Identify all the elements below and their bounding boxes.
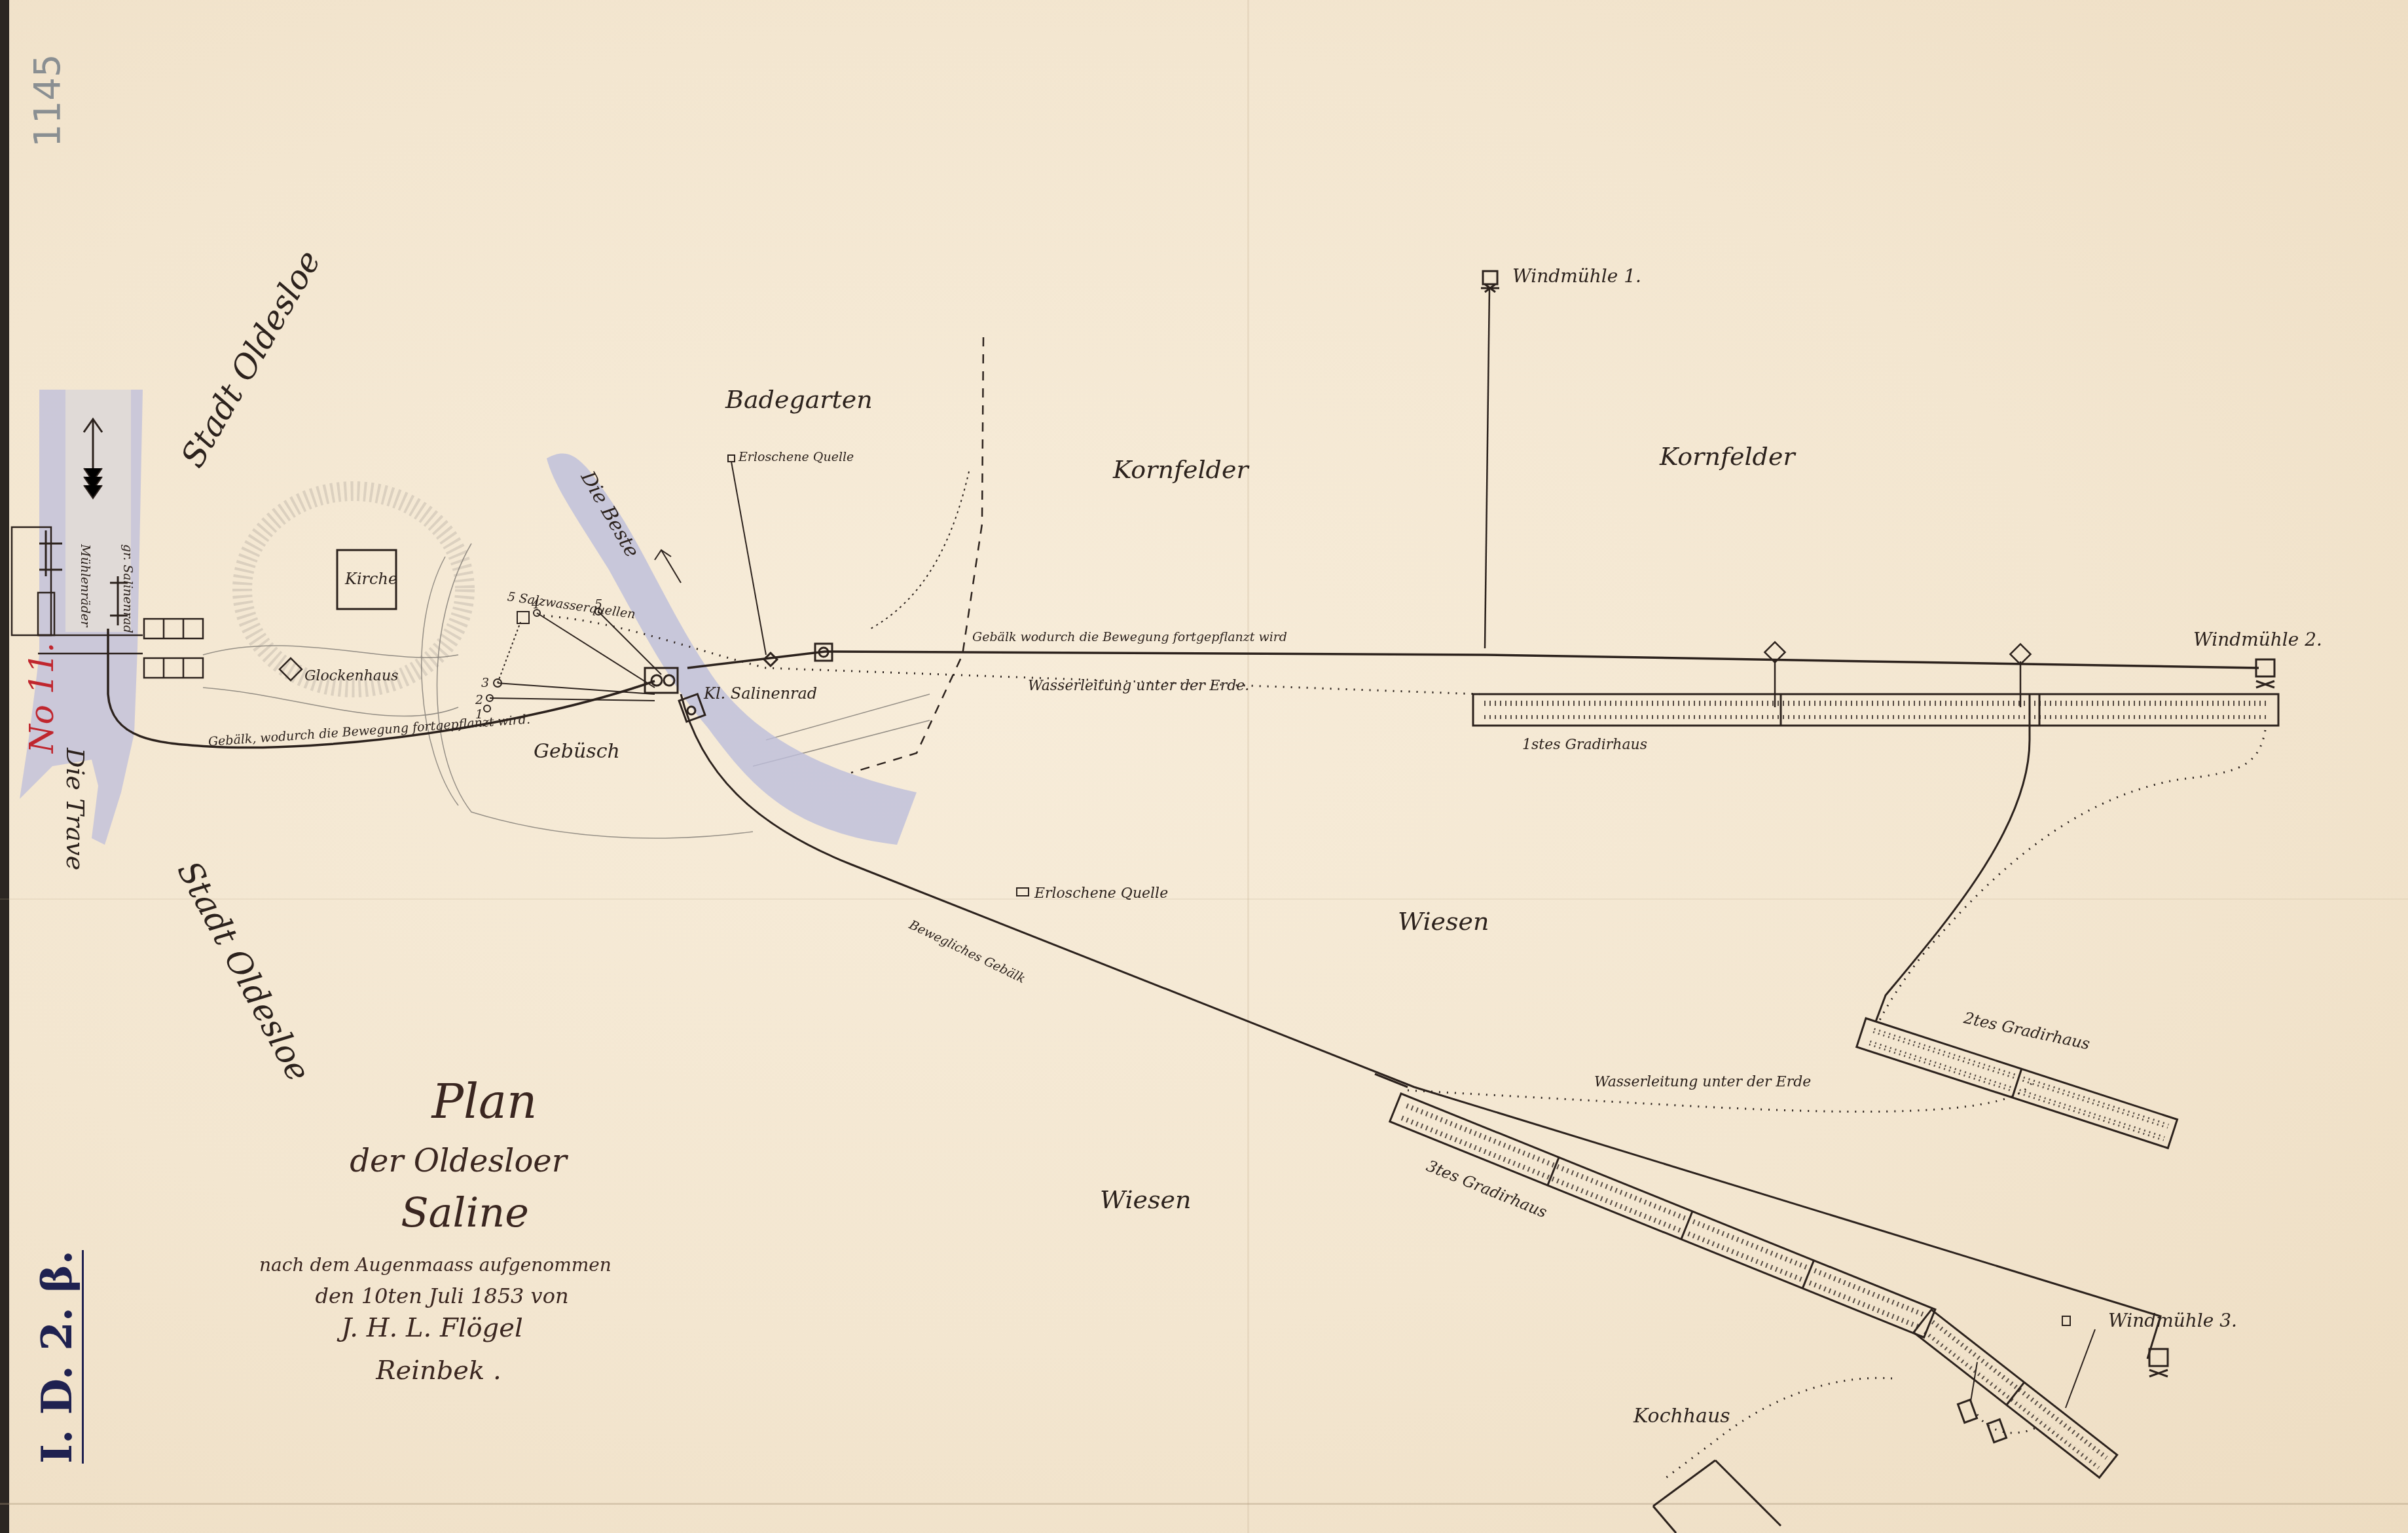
red-archive-number: No 11. <box>23 642 61 753</box>
gradirhaus-1 <box>1473 694 2278 726</box>
label-badegarten: Badegarten <box>725 385 873 414</box>
title-der-oldesloer: der Oldesloer <box>327 1143 589 1179</box>
line-posts <box>1764 642 2030 707</box>
shelf-mark: I. D. 2. β. <box>33 1250 84 1464</box>
salt-springs <box>484 608 661 712</box>
map-sheet: 1145 No 11. I. D. 2. β. Stadt Oldesloe S… <box>0 0 2408 1533</box>
label-muehlenraeder: Mühlenräder <box>78 544 92 627</box>
label-kl-salinenrad: Kl. Salinenrad <box>704 684 817 703</box>
label-windmuehle-3: Windmühle 3. <box>2108 1310 2237 1331</box>
label-kornfelder-1: Kornfelder <box>1113 455 1249 484</box>
spring-number-4: 4 <box>532 597 539 612</box>
label-wiesen-2: Wiesen <box>1100 1185 1192 1214</box>
label-windmuehle-2: Windmühle 2. <box>2193 629 2322 650</box>
label-wiesen-1: Wiesen <box>1398 907 1489 936</box>
gradirhaus-3 <box>1375 1074 2117 1477</box>
title-place: Reinbek . <box>340 1356 537 1386</box>
label-die-trave: Die Trave <box>61 748 90 870</box>
label-glockenhaus: Glockenhaus <box>304 668 398 684</box>
label-kirche: Kirche <box>345 570 397 588</box>
spring-number-2: 2 <box>475 693 483 707</box>
label-kochhaus: Kochhaus <box>1633 1405 1730 1428</box>
windmills <box>1481 271 2274 1376</box>
label-erloschene-quelle-2: Erloschene Quelle <box>1034 885 1168 902</box>
title-saline: Saline <box>367 1189 563 1236</box>
label-erloschene-quelle-1: Erloschene Quelle <box>739 450 854 464</box>
gradirhaus-2-line <box>1876 694 2030 1022</box>
label-wasserleitung-2: Wasserleitung unter der Erde <box>1594 1074 1811 1090</box>
pencil-archive-number: 1145 <box>26 54 69 147</box>
label-wasserleitung-1: Wasserleitung unter der Erde. <box>1028 678 1249 694</box>
label-gr-salinenrad: gr. Salinenrad <box>120 544 135 633</box>
windmill-1-line <box>1485 288 1489 648</box>
label-gradirhaus-1: 1stes Gradirhaus <box>1522 737 1647 753</box>
title-date: den 10ten Juli 1853 von <box>246 1284 638 1308</box>
label-gebuesch: Gebüsch <box>534 740 620 763</box>
label-windmuehle-1: Windmühle 1. <box>1512 265 1641 287</box>
spring-number-3: 3 <box>481 676 489 690</box>
gebaelk-line-east <box>687 652 2259 668</box>
title-plan: Plan <box>367 1074 602 1129</box>
title-surveyor: J. H. L. Flögel <box>282 1313 583 1343</box>
title-survey-method: nach dem Augenmaass aufgenommen <box>219 1254 651 1276</box>
spring-number-5: 5 <box>594 597 602 612</box>
wasserleitung <box>543 616 2265 1480</box>
label-gebaelk-east: Gebälk wodurch die Bewegung fortgepflanz… <box>972 630 1287 644</box>
label-kornfelder-2: Kornfelder <box>1660 442 1795 471</box>
